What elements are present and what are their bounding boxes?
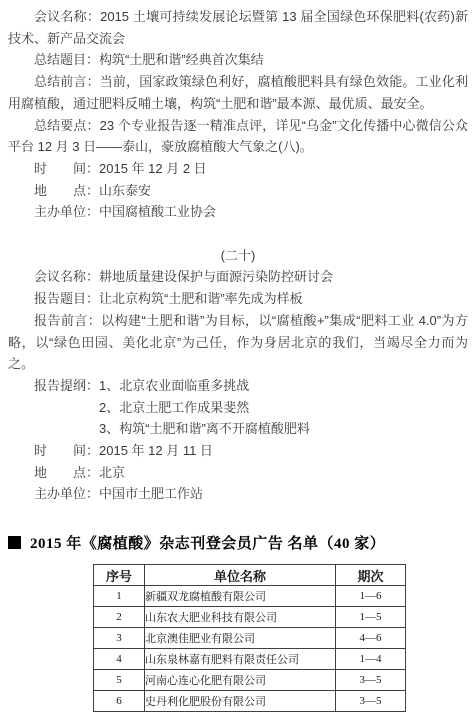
cell-issues: 3—5 <box>336 670 406 691</box>
report-title-line: 报告题目：让北京构筑“土肥和谐”率先成为样板 <box>8 288 468 310</box>
ad-list-heading-text: 2015 年《腐植酸》杂志刊登会员广告 名单（40 家） <box>30 532 385 553</box>
cell-name: 河南心连心化肥有限公司 <box>145 670 336 691</box>
time-line: 时 间：2015 年 12 月 11 日 <box>8 440 468 462</box>
outline-item-3: 3、构筑“土肥和谐”离不开腐植酸肥料 <box>73 418 468 440</box>
table-row: 6 史丹利化肥股份有限公司 3—5 <box>94 691 406 712</box>
cell-index: 5 <box>94 670 145 691</box>
outline-item-1: 报告提纲：1、北京农业面临重多挑战 <box>8 375 468 397</box>
col-header-issues: 期次 <box>336 565 406 586</box>
cell-name: 山东农大肥业科技有限公司 <box>145 607 336 628</box>
report-foreword-line: 报告前言：以构建“土肥和谐”为目标，以“腐植酸+”集成“肥料工业 4.0”为方略… <box>8 310 468 375</box>
table-header-row: 序号 单位名称 期次 <box>94 565 406 586</box>
table-row: 2 山东农大肥业科技有限公司 1—5 <box>94 607 406 628</box>
document-page: 会议名称：2015 土壤可持续发展论坛暨第 13 届全国绿色环保肥料(农药)新技… <box>0 0 476 721</box>
section-19-continued: 会议名称：2015 土壤可持续发展论坛暨第 13 届全国绿色环保肥料(农药)新技… <box>8 6 468 223</box>
cell-index: 1 <box>94 586 145 607</box>
meeting-name-line: 会议名称：耕地质量建设保护与面源污染防控研讨会 <box>8 266 468 288</box>
table-row: 1 新疆双龙腐植酸有限公司 1—6 <box>94 586 406 607</box>
cell-issues: 1—5 <box>336 607 406 628</box>
cell-index: 3 <box>94 628 145 649</box>
cell-issues: 4—6 <box>336 628 406 649</box>
cell-name: 山东泉林嘉有肥料有限责任公司 <box>145 649 336 670</box>
table-row: 5 河南心连心化肥有限公司 3—5 <box>94 670 406 691</box>
section-20: (二十) 会议名称：耕地质量建设保护与面源污染防控研讨会 报告题目：让北京构筑“… <box>8 245 468 505</box>
organizer-line: 主办单位：中国腐植酸工业协会 <box>8 201 468 223</box>
ad-members-table: 序号 单位名称 期次 1 新疆双龙腐植酸有限公司 1—6 2 山东农大肥业科技有… <box>93 564 406 712</box>
cell-index: 2 <box>94 607 145 628</box>
cell-index: 4 <box>94 649 145 670</box>
organizer-line: 主办单位：中国市土肥工作站 <box>8 483 468 505</box>
table-header: 序号 单位名称 期次 <box>94 565 406 586</box>
cell-issues: 1—4 <box>336 649 406 670</box>
cell-name: 北京澳佳肥业有限公司 <box>145 628 336 649</box>
outline-item-2: 2、北京土肥工作成果斐然 <box>73 397 468 419</box>
table-body: 1 新疆双龙腐植酸有限公司 1—6 2 山东农大肥业科技有限公司 1—5 3 北… <box>94 586 406 712</box>
black-square-marker-icon <box>8 536 21 549</box>
table-row: 4 山东泉林嘉有肥料有限责任公司 1—4 <box>94 649 406 670</box>
cell-issues: 1—6 <box>336 586 406 607</box>
summary-title-line: 总结题目：构筑“土肥和谐”经典首次集结 <box>8 49 468 71</box>
time-line: 时 间：2015 年 12 月 2 日 <box>8 158 468 180</box>
cell-name: 史丹利化肥股份有限公司 <box>145 691 336 712</box>
meeting-name-line: 会议名称：2015 土壤可持续发展论坛暨第 13 届全国绿色环保肥料(农药)新技… <box>8 6 468 49</box>
summary-points-line: 总结要点：23 个专业报告逐一精准点评，详见“乌金”文化传播中心微信公众平台 1… <box>8 115 468 158</box>
section-20-number: (二十) <box>8 245 468 267</box>
col-header-index: 序号 <box>94 565 145 586</box>
table-row: 3 北京澳佳肥业有限公司 4—6 <box>94 628 406 649</box>
place-line: 地 点：山东泰安 <box>8 180 468 202</box>
place-line: 地 点：北京 <box>8 462 468 484</box>
summary-foreword-line: 总结前言：当前，国家政策绿色利好，腐植酸肥料具有绿色效能。工业化利用腐植酸，通过… <box>8 71 468 114</box>
col-header-name: 单位名称 <box>145 565 336 586</box>
cell-name: 新疆双龙腐植酸有限公司 <box>145 586 336 607</box>
ad-list-heading: 2015 年《腐植酸》杂志刊登会员广告 名单（40 家） <box>8 532 468 553</box>
cell-index: 6 <box>94 691 145 712</box>
cell-issues: 3—5 <box>336 691 406 712</box>
